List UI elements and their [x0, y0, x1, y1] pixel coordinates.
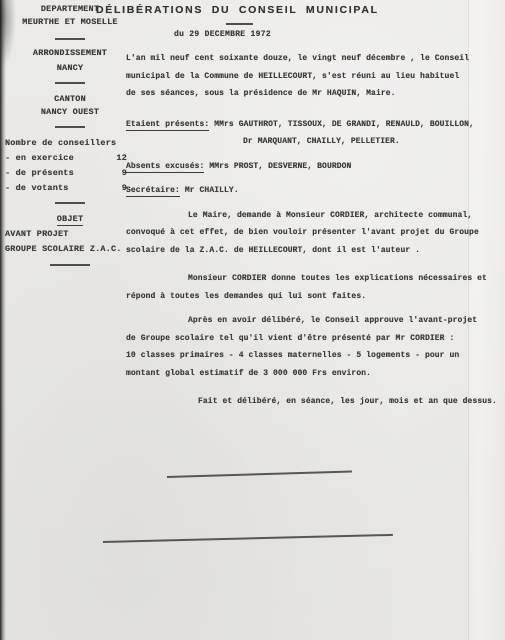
- line-lead: Absents excusés:: [126, 162, 204, 173]
- text-line: répond à toutes les demandes qui lui son…: [126, 288, 491, 306]
- line-text: Monsieur CORDIER donne toutes les explic…: [188, 274, 487, 283]
- objet-heading-text: OBJET: [57, 214, 84, 226]
- text-line: Monsieur CORDIER donne toutes les explic…: [126, 270, 491, 288]
- counsellor-count-row: - de votants 9: [5, 182, 135, 195]
- handdrawn-rule-lower: [103, 534, 393, 543]
- line-text: répond à toutes les demandes qui lui son…: [126, 292, 366, 301]
- arrondissement-label: ARRONDISSEMENT: [5, 47, 135, 60]
- line-text: Après en avoir délibéré, le Conseil appr…: [188, 316, 477, 325]
- line-text: Le Maire, demande à Monsieur CORDIER, ar…: [188, 211, 472, 220]
- text-line: Le Maire, demande à Monsieur CORDIER, ar…: [126, 207, 491, 225]
- sidebar-divider: [55, 202, 85, 204]
- line-text: MMrs GAUTHROT, TISSOUX, DE GRANDI, RENAU…: [209, 120, 474, 129]
- line-text: L'an mil neuf cent soixante douze, le vi…: [126, 54, 469, 63]
- left-margin-column: DEPARTEMENT MEURTHE ET MOSELLE ARRONDISS…: [5, 3, 135, 266]
- sidebar-divider: [55, 38, 85, 40]
- objet-line: AVANT PROJET: [5, 228, 135, 241]
- text-line: Après en avoir délibéré, le Conseil appr…: [126, 312, 491, 330]
- objet-line: GROUPE SCOLAIRE Z.A.C.: [5, 243, 135, 256]
- line-text: convoqué à cet effet, de bien vouloir pr…: [126, 228, 479, 237]
- text-line: municipal de la Commune de HEILLECOURT, …: [126, 68, 491, 86]
- text-line: Absents excusés: MMrs PROST, DESVERNE, B…: [126, 158, 491, 176]
- canton-value: NANCY OUEST: [5, 106, 135, 119]
- line-text: de ses séances, sous la présidence de Mr…: [126, 89, 396, 98]
- text-line: de Groupe scolaire tel qu'il vient d'êtr…: [126, 330, 491, 348]
- handdrawn-rule-upper: [167, 471, 352, 478]
- line-text: Dr MARQUANT, CHAILLY, PELLETIER.: [243, 137, 400, 146]
- objet-heading: OBJET: [5, 213, 135, 226]
- session-date: du 29 DECEMBRE 1972: [174, 30, 271, 39]
- text-line: convoqué à cet effet, de bien vouloir pr…: [126, 224, 491, 242]
- line-text: montant global estimatif de 3 000 000 Fr…: [126, 369, 371, 378]
- line-lead: Secrétaire:: [126, 186, 180, 197]
- counsellor-count-row: - de présents 9: [5, 167, 135, 180]
- line-text: de Groupe scolaire tel qu'il vient d'êtr…: [126, 334, 454, 343]
- line-text: Mr CHAILLY.: [180, 186, 239, 195]
- sidebar-divider: [55, 82, 85, 84]
- text-line: montant global estimatif de 3 000 000 Fr…: [126, 365, 491, 383]
- sidebar-divider: [55, 126, 85, 128]
- text-line: de ses séances, sous la présidence de Mr…: [126, 85, 491, 103]
- department-label: DEPARTEMENT: [5, 3, 135, 16]
- page-title: DÉLIBÉRATIONS DU CONSEIL MUNICIPAL: [96, 4, 379, 16]
- counsellor-count-row: - en exercice 12: [5, 152, 135, 165]
- text-line: 10 classes primaires - 4 classes materne…: [126, 347, 491, 365]
- text-line: scolaire de la Z.A.C. de HEILLECOURT, do…: [126, 242, 491, 260]
- line-text: municipal de la Commune de HEILLECOURT, …: [126, 72, 459, 81]
- count-label: - de votants: [5, 182, 69, 195]
- count-label: - en exercice: [5, 152, 74, 165]
- sidebar-divider: [50, 264, 90, 266]
- line-text: 10 classes primaires - 4 classes materne…: [126, 351, 459, 360]
- title-underline-rule: [226, 23, 253, 25]
- department-value: MEURTHE ET MOSELLE: [5, 16, 135, 29]
- line-text: Fait et délibéré, en séance, les jour, m…: [198, 397, 497, 406]
- line-text: MMrs PROST, DESVERNE, BOURDON: [204, 162, 351, 171]
- text-line: Fait et délibéré, en séance, les jour, m…: [126, 393, 491, 411]
- arrondissement-value: NANCY: [5, 62, 135, 75]
- count-label: - de présents: [5, 167, 74, 180]
- text-line: Dr MARQUANT, CHAILLY, PELLETIER.: [126, 133, 491, 151]
- scanned-deliberation-document: DÉLIBÉRATIONS DU CONSEIL MUNICIPAL du 29…: [0, 0, 505, 640]
- counsellors-heading: Nombre de conseillers: [5, 137, 135, 150]
- deliberation-text: L'an mil neuf cent soixante douze, le vi…: [126, 50, 491, 411]
- canton-label: CANTON: [5, 93, 135, 106]
- text-line: L'an mil neuf cent soixante douze, le vi…: [126, 50, 491, 68]
- text-line: Etaient présents: MMrs GAUTHROT, TISSOUX…: [126, 116, 491, 134]
- line-text: scolaire de la Z.A.C. de HEILLECOURT, do…: [126, 246, 420, 255]
- line-lead: Etaient présents:: [126, 120, 209, 131]
- text-line: Secrétaire: Mr CHAILLY.: [126, 182, 491, 200]
